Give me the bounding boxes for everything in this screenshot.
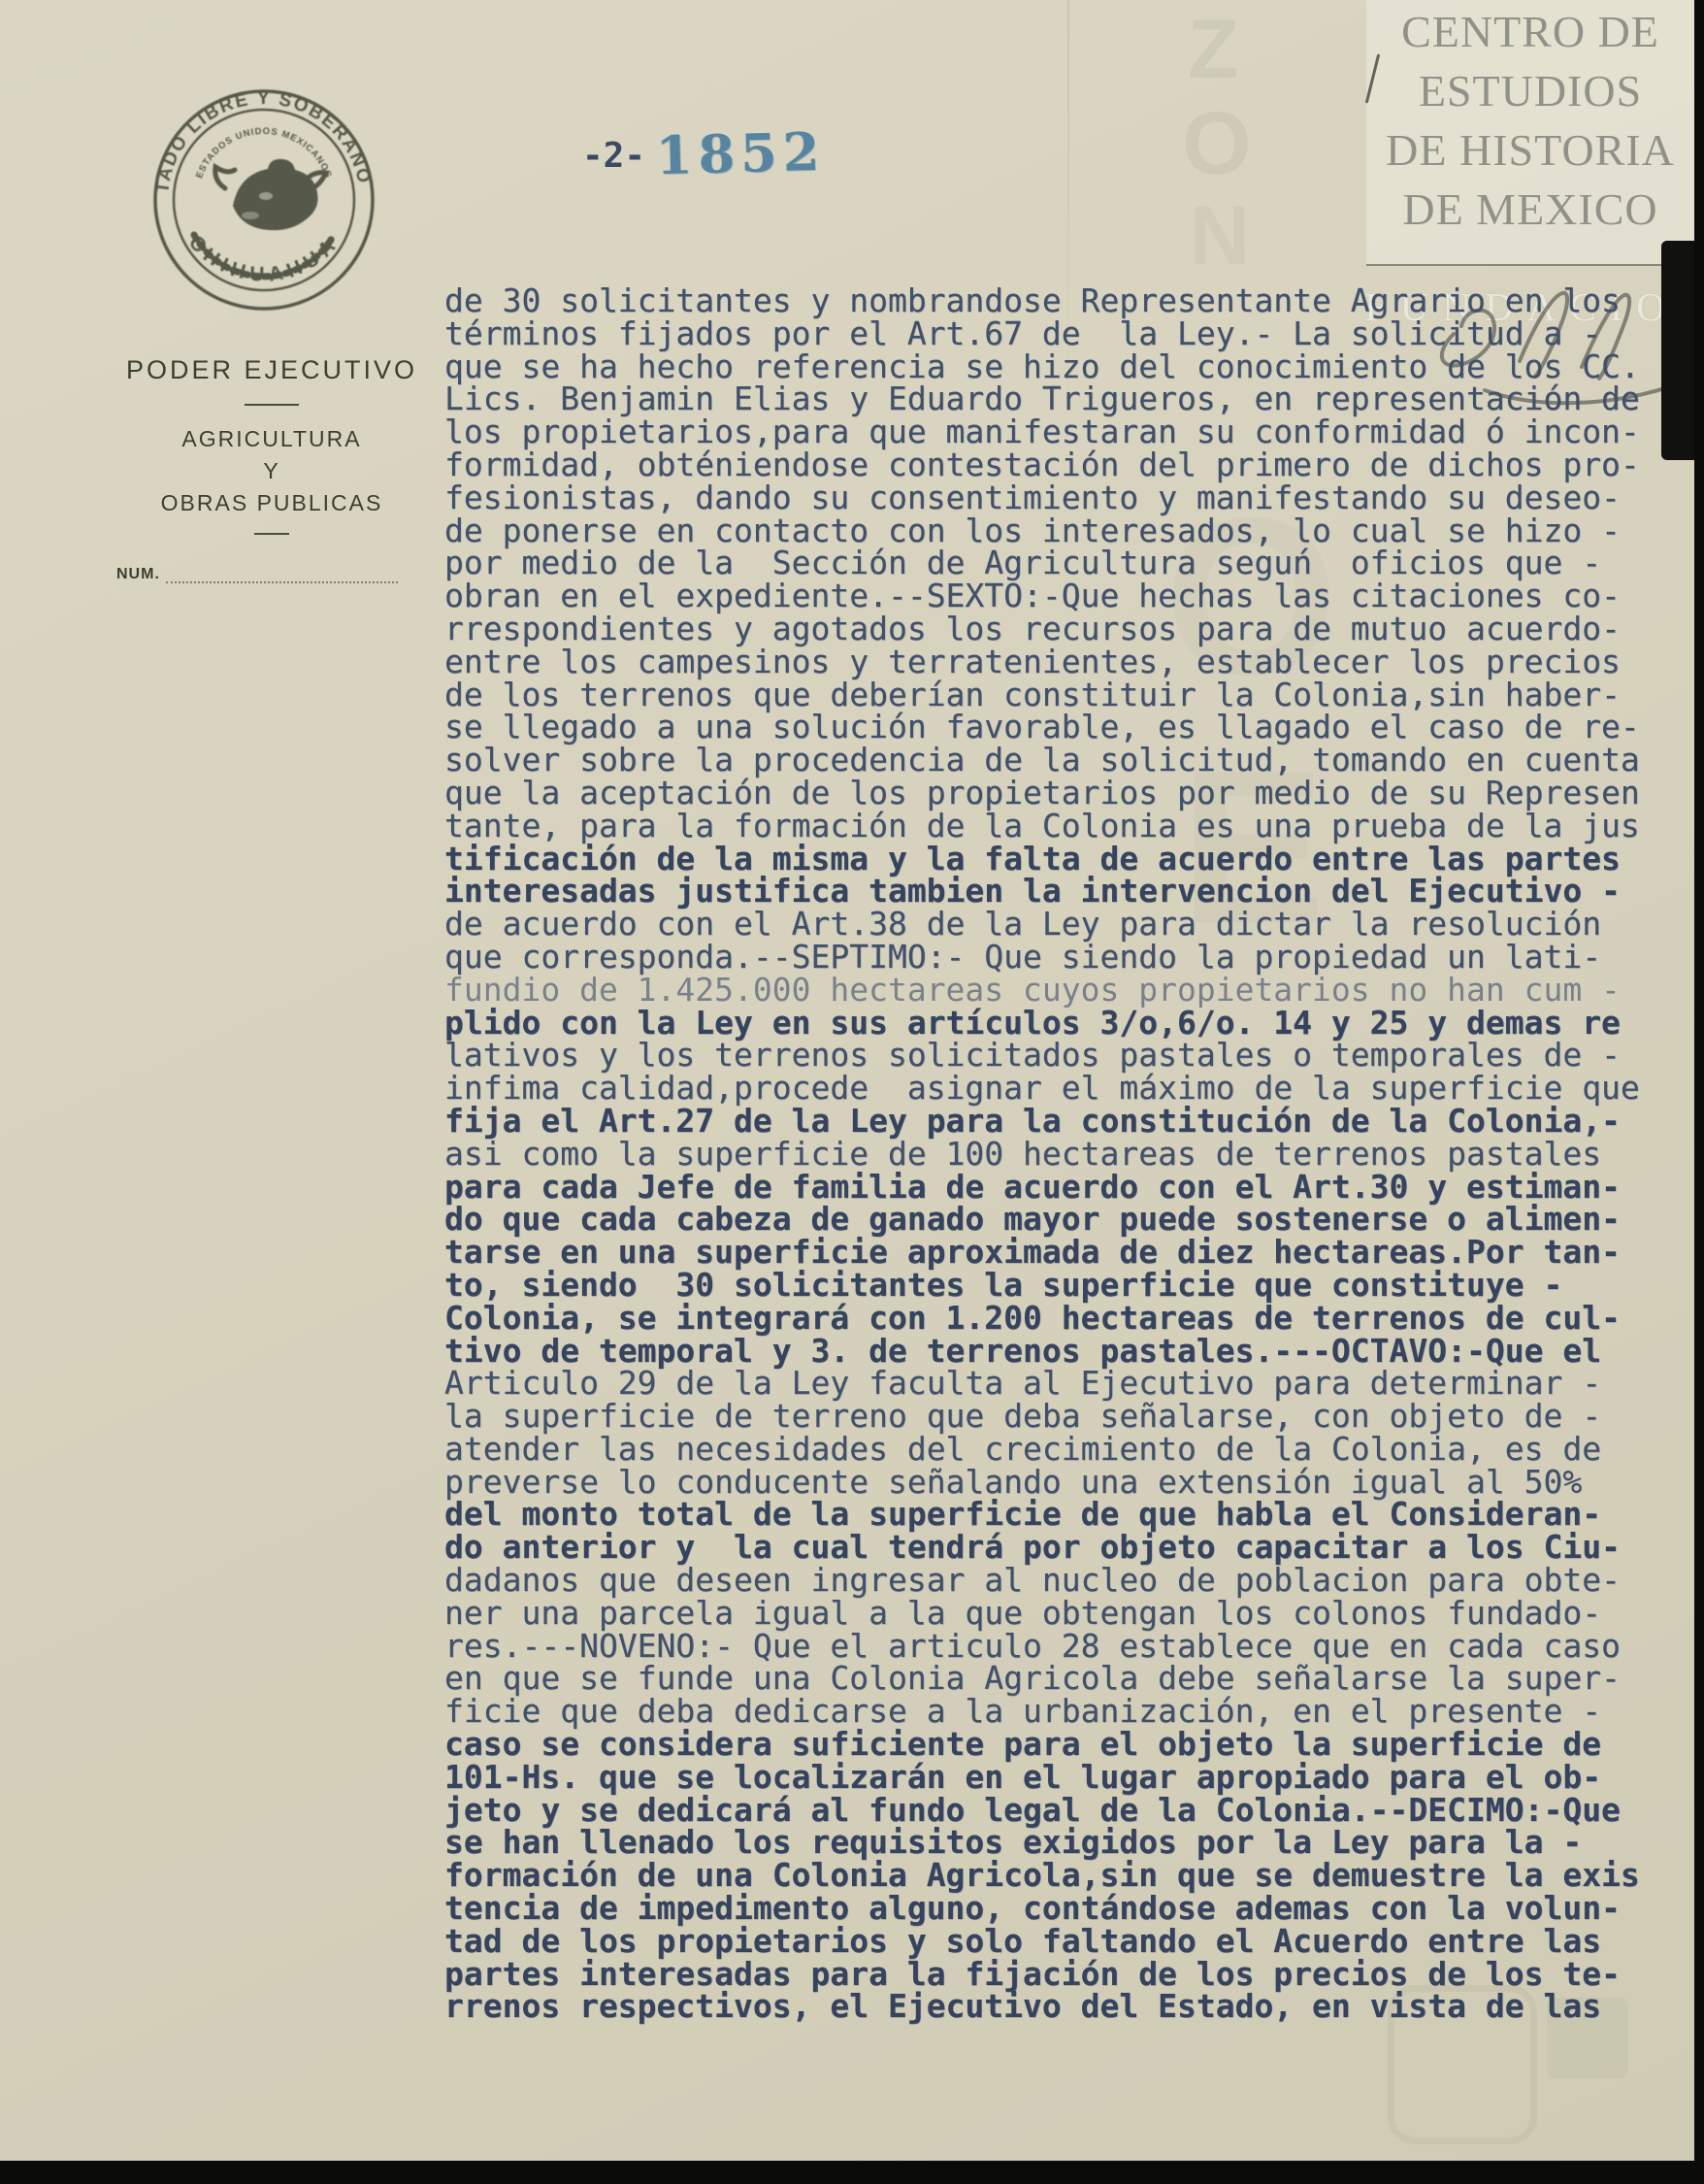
body-line: la superficie de terreno que deba señala… — [444, 1400, 1677, 1433]
body-line: ner una parcela igual a la que obtengan … — [444, 1597, 1677, 1630]
body-line: se llegado a una solución favorable, es … — [444, 711, 1677, 744]
body-line: que corresponda.--SEPTIMO:- Que siendo l… — [444, 941, 1677, 974]
body-line: tificación de la misma y la falta de acu… — [444, 843, 1677, 876]
scan-edge — [1694, 0, 1704, 2184]
body-line: formidad, obténiendose contestación del … — [444, 448, 1677, 481]
body-line: to, siendo 30 solicitantes la superficie… — [444, 1269, 1677, 1302]
body-line: que se ha hecho referencia se hizo del c… — [444, 350, 1677, 383]
body-line: do anterior y la cual tendrá por objeto … — [444, 1531, 1677, 1564]
document-page: ESTADO LIBRE Y SOBERANO DE CHIHUAHUA EST… — [0, 0, 1696, 2163]
body-line: entre los campesinos y terratenientes, e… — [444, 645, 1677, 678]
body-line: rrenos respectivos, el Ejecutivo del Est… — [444, 1990, 1677, 2023]
body-line: los propietarios,para que manifestaran s… — [444, 415, 1677, 448]
archive-watermark: CENTRO DEESTUDIOSDE HISTORIADE MEXICO — [1366, 0, 1694, 266]
body-line: de acuerdo con el Art.38 de la Ley para … — [444, 908, 1677, 941]
archive-watermark-line: CENTRO DE — [1366, 2, 1694, 61]
body-line: lativos y los terrenos solicitados pasta… — [444, 1039, 1677, 1072]
department-title: AGRICULTURAYOBRAS PUBLICAS — [116, 423, 427, 519]
body-line: por medio de la Sección de Agricultura s… — [444, 546, 1677, 579]
body-line: se han llenado los requisitos exigidos p… — [444, 1826, 1677, 1859]
body-line: de ponerse en contacto con los interesad… — [444, 514, 1677, 547]
body-line: infima calidad,procede asignar el máximo… — [444, 1072, 1677, 1105]
body-line: res.---NOVENO:- Que el articulo 28 estab… — [444, 1630, 1677, 1663]
archive-watermark-line: ESTUDIOS — [1366, 61, 1694, 120]
archive-watermark-line: DE MEXICO — [1366, 180, 1694, 239]
state-seal: ESTADO LIBRE Y SOBERANO DE CHIHUAHUA EST… — [151, 87, 377, 313]
department-line: AGRICULTURA — [116, 423, 427, 455]
archive-watermark-line: DE HISTORIA — [1366, 120, 1694, 180]
body-line: tencia de impedimento alguno, contándose… — [444, 1892, 1677, 1925]
body-text: de 30 solicitantes y nombrandose Represe… — [444, 284, 1677, 2023]
body-line: tivo de temporal y 3. de terrenos pastal… — [444, 1335, 1677, 1368]
body-line: fija el Art.27 de la Ley para la constit… — [444, 1105, 1677, 1138]
body-line: interesadas justifica tambien la interve… — [444, 875, 1677, 908]
body-line: para cada Jefe de familia de acuerdo con… — [444, 1171, 1677, 1204]
divider — [254, 533, 289, 535]
body-line: 101-Hs. que se localizarán en el lugar a… — [444, 1761, 1677, 1794]
body-line: del monto total de la superficie de que … — [444, 1498, 1677, 1531]
scan-edge — [0, 2161, 1704, 2184]
body-line: Articulo 29 de la Ley faculta al Ejecuti… — [444, 1367, 1677, 1400]
body-line: en que se funde una Colonia Agricola deb… — [444, 1662, 1677, 1695]
body-line: Lics. Benjamin Elias y Eduardo Trigueros… — [444, 382, 1677, 415]
body-line: términos fijados por el Art.67 de la Ley… — [444, 317, 1677, 350]
body-line: partes interesadas para la fijación de l… — [444, 1958, 1677, 1991]
num-dotted-line — [166, 566, 398, 583]
body-line: caso se considera suficiente para el obj… — [444, 1728, 1677, 1761]
branch-title: PODER EJECUTIVO — [116, 355, 427, 385]
body-line: fundio de 1.425.000 hectareas cuyos prop… — [444, 974, 1677, 1007]
body-line: plido con la Ley en sus artículos 3/o,6/… — [444, 1007, 1677, 1040]
body-line: tarse en una superficie aproximada de di… — [444, 1236, 1677, 1269]
body-line: dadanos que deseen ingresar al nucleo de… — [444, 1564, 1677, 1597]
body-line: tad de los propietarios y solo faltando … — [444, 1925, 1677, 1958]
body-line: fesionistas, dando su consentimiento y m… — [444, 481, 1677, 514]
page-number: -2- — [582, 136, 645, 176]
num-label: NUM. — [116, 566, 160, 583]
body-line: atender las necesidades del crecimiento … — [444, 1433, 1677, 1466]
body-line: que la aceptación de los propietarios po… — [444, 777, 1677, 810]
paper-watermark-letter: Z — [1188, 8, 1239, 91]
department-line: Y — [116, 455, 427, 487]
body-line: rrespondientes y agotados los recursos p… — [444, 612, 1677, 645]
department-line: OBRAS PUBLICAS — [116, 487, 427, 519]
body-line: jeto y se dedicará al fundo legal de la … — [444, 1794, 1677, 1827]
body-line: de 30 solicitantes y nombrandose Represe… — [444, 284, 1677, 317]
body-line: obran en el expediente.--SEXTO:-Que hech… — [444, 579, 1677, 612]
body-line: do que cada cabeza de ganado mayor puede… — [444, 1203, 1677, 1236]
body-line: tante, para la formación de la Colonia e… — [444, 810, 1677, 843]
body-line: de los terrenos que deberían constituir … — [444, 678, 1677, 711]
body-line: preverse lo conducente señalando una ext… — [444, 1466, 1677, 1499]
num-field: NUM. — [116, 566, 398, 583]
stamp-number: 1852 — [655, 120, 826, 187]
body-line: formación de una Colonia Agricola,sin qu… — [444, 1859, 1677, 1892]
body-line: ficie que deba dedicarse a la urbanizaci… — [444, 1695, 1677, 1728]
body-line: asi como la superficie de 100 hectareas … — [444, 1138, 1677, 1171]
body-line: solver sobre la procedencia de la solici… — [444, 744, 1677, 777]
paper-watermark-letter: O — [1182, 99, 1252, 188]
body-line: Colonia, se integrará con 1.200 hectarea… — [444, 1302, 1677, 1335]
paper-watermark-letter: N — [1190, 194, 1250, 278]
divider — [245, 404, 299, 406]
eagle-icon — [194, 159, 334, 277]
